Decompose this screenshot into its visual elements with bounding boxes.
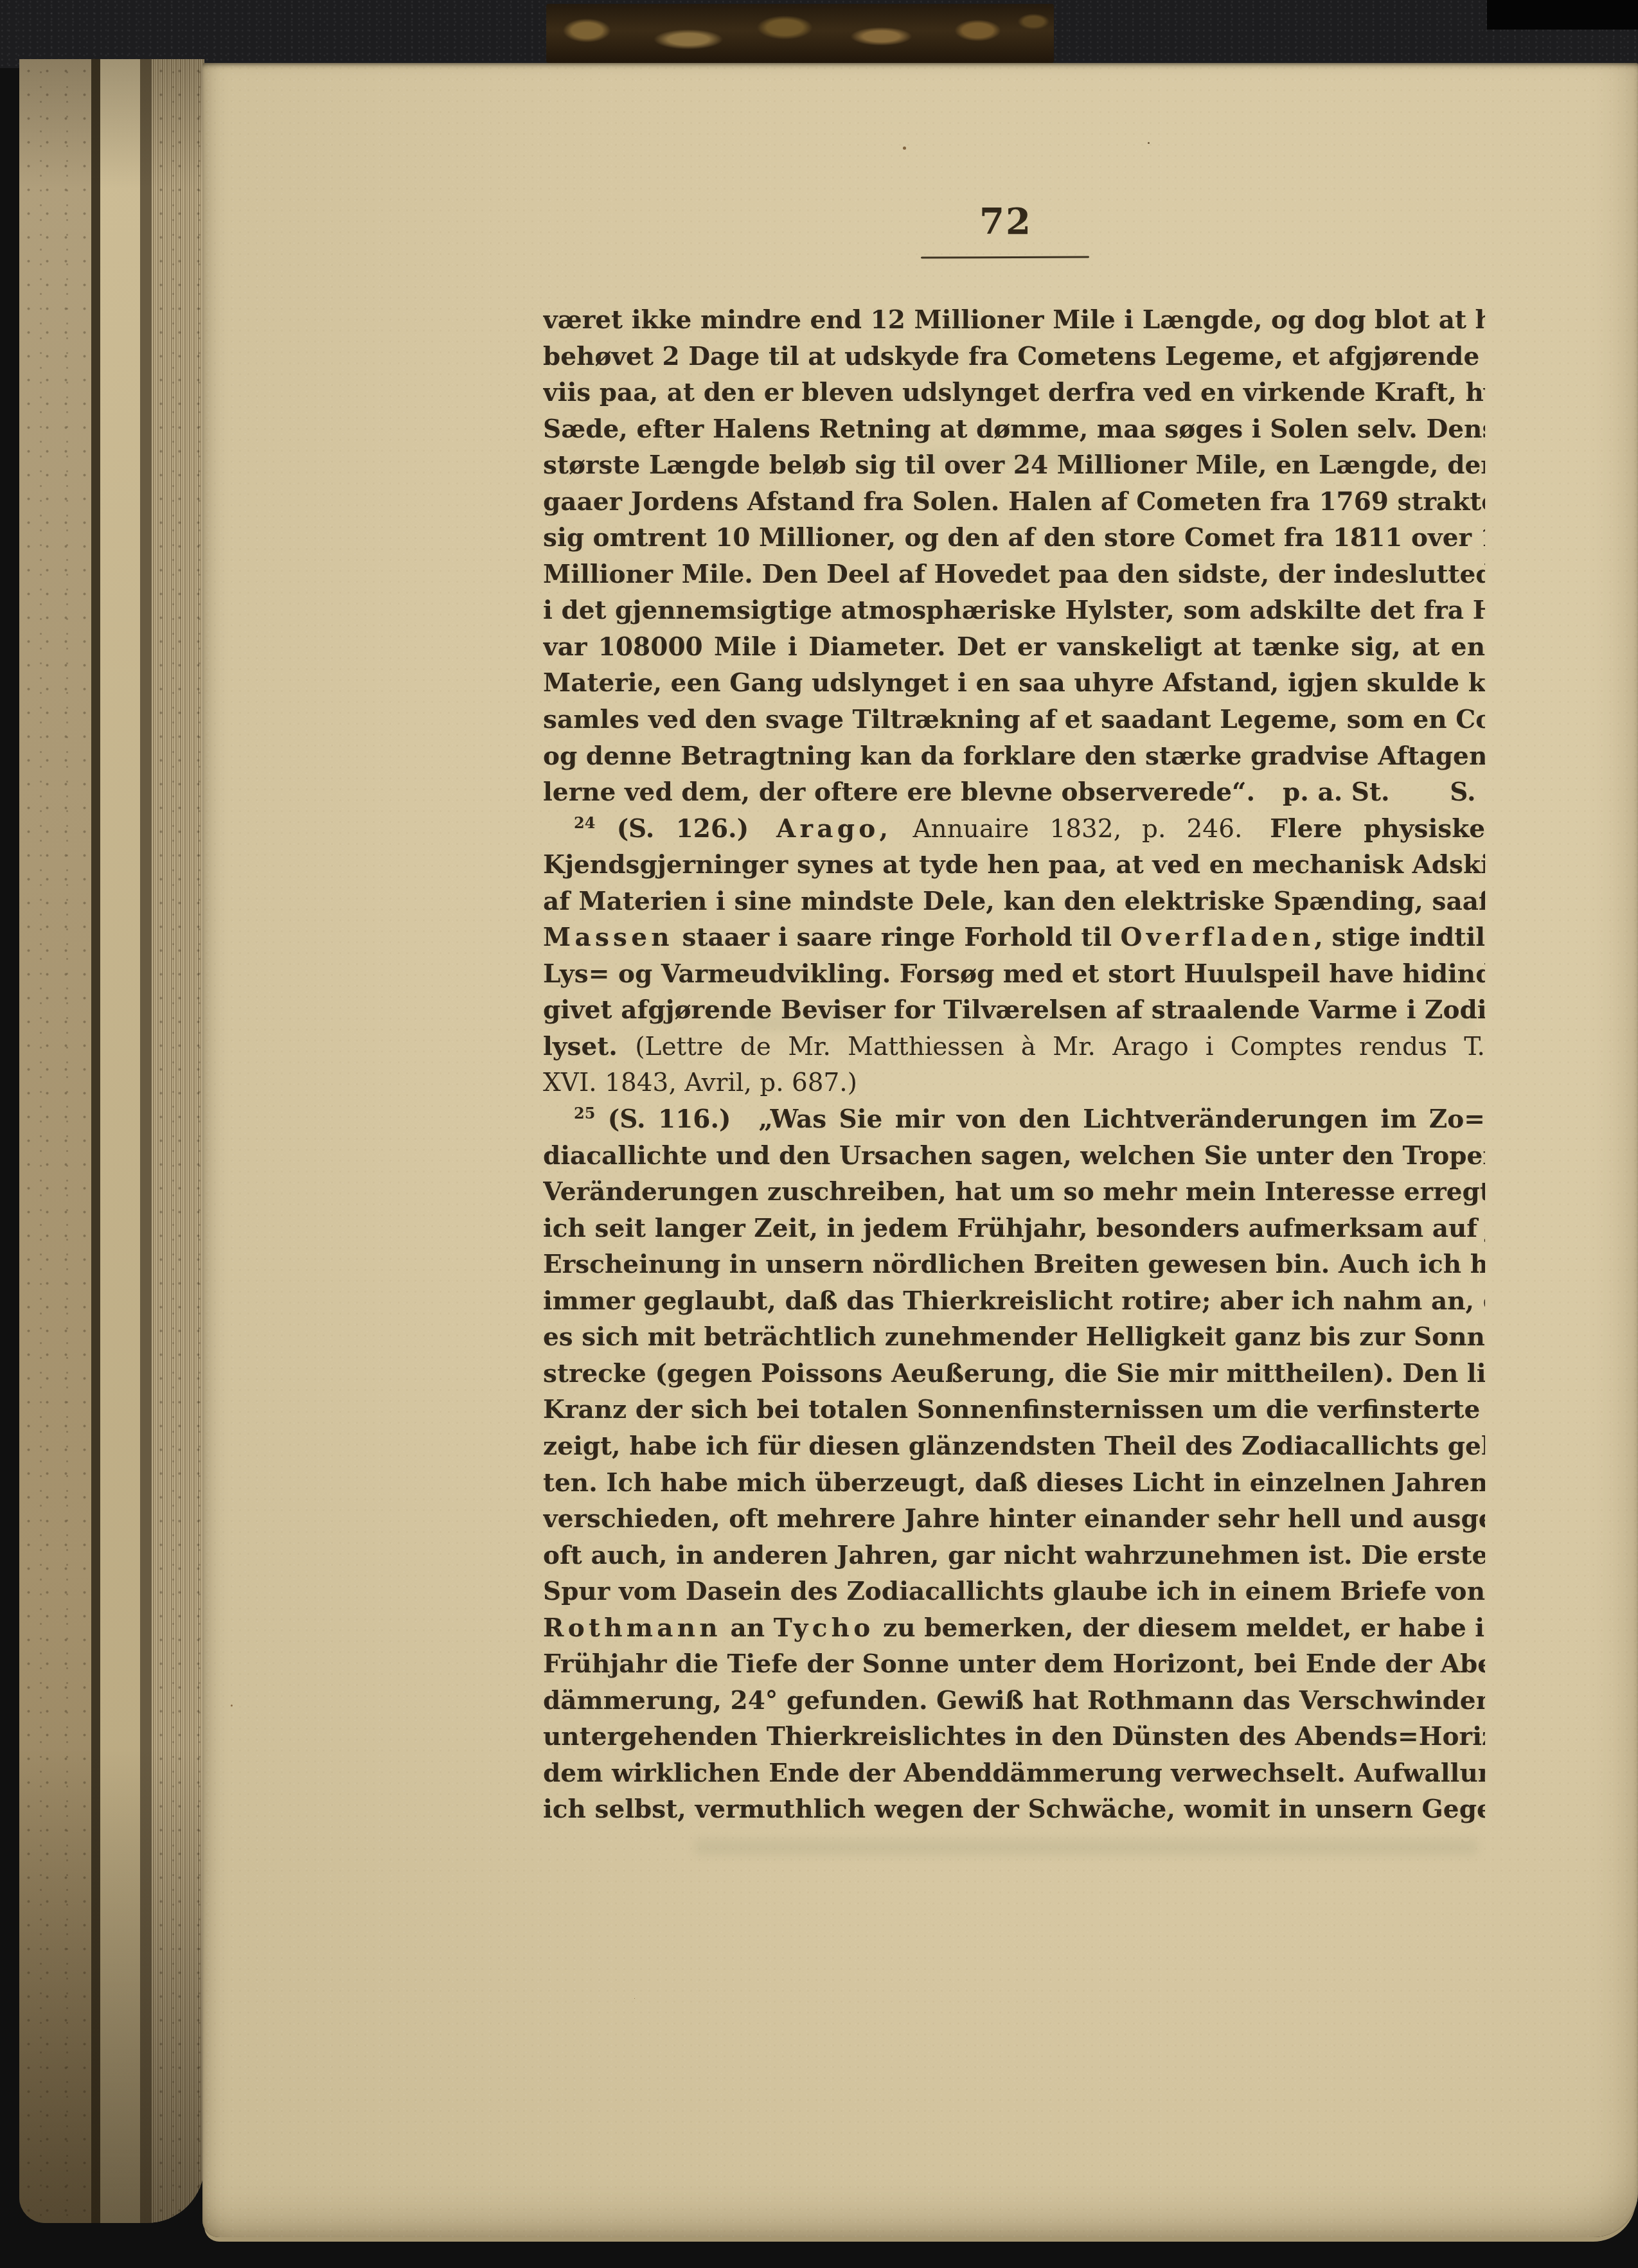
text-segment: Frühjahr die Tiefe der Sonne unter dem H…: [543, 1649, 1485, 1679]
text-segment: 24: [574, 813, 595, 832]
text-line: ich seit langer Zeit, in jedem Frühjahr,…: [543, 1210, 1485, 1247]
text-segment: Massen: [543, 923, 673, 952]
text-segment: Sæde, efter Halens Retning at dømme, maa…: [543, 414, 1485, 444]
page-number: 72: [909, 200, 1102, 243]
scanned-book-photo: { "page": { "number": "72", "lines": [ {…: [0, 0, 1638, 2268]
paper-fleck: [903, 146, 906, 150]
text-segment: Lys= og Varmeudvikling. Forsøg med et st…: [543, 959, 1485, 989]
text-segment: XVI. 1843, Avril, p. 687.): [543, 1068, 857, 1097]
text-segment: ich selbst, vermuthlich wegen der Schwäc…: [543, 1794, 1485, 1824]
text-segment: gaaer Jordens Afstand fra Solen. Halen a…: [543, 487, 1485, 517]
text-segment: dem wirklichen Ende der Abenddämmerung v…: [543, 1759, 1485, 1788]
text-segment: strecke (gegen Poissons Aeußerung, die S…: [543, 1359, 1485, 1388]
text-line: oft auch, in anderen Jahren, gar nicht w…: [543, 1537, 1485, 1574]
text-line: største Længde beløb sig til over 24 Mil…: [543, 447, 1485, 484]
text-line: Kjendsgjerninger synes at tyde hen paa, …: [543, 847, 1485, 883]
text-line: gaaer Jordens Afstand fra Solen. Halen a…: [543, 484, 1485, 520]
book-cover-top-edge: [0, 0, 1638, 68]
text-segment: Erscheinung in unsern nördlichen Breiten…: [543, 1250, 1485, 1279]
text-segment: immer geglaubt, daß das Thierkreislicht …: [543, 1286, 1485, 1316]
text-segment: ten. Ich habe mich überzeugt, daß dieses…: [543, 1468, 1485, 1498]
text-segment: største Længde beløb sig til over 24 Mil…: [543, 450, 1485, 480]
text-segment: var 108000 Mile i Diameter. Det er vansk…: [543, 632, 1485, 662]
text-segment: Annuaire 1832, p. 246.: [892, 815, 1242, 844]
text-line: 24 (S. 126.)Arago, Annuaire 1832, p. 246…: [543, 811, 1485, 847]
text-segment: zu bemerken, der diesem meldet, er habe …: [874, 1613, 1485, 1643]
text-line: verschieden, oft mehrere Jahre hinter ei…: [543, 1501, 1485, 1537]
text-line: Spur vom Dasein des Zodiacallichts glaub…: [543, 1573, 1485, 1610]
text-segment: 25: [574, 1104, 595, 1122]
page-edge-seam: [91, 59, 100, 2223]
text-segment: og denne Betragtning kan da forklare den…: [543, 741, 1485, 771]
text-line: Erscheinung in unsern nördlichen Breiten…: [543, 1246, 1485, 1283]
text-line: Veränderungen zuschreiben, hat um so meh…: [543, 1174, 1485, 1210]
text-segment: ich seit langer Zeit, in jedem Frühjahr,…: [543, 1214, 1485, 1243]
text-line: var 108000 Mile i Diameter. Det er vansk…: [543, 629, 1485, 666]
text-segment: Tycho: [774, 1613, 875, 1643]
text-segment: „Was Sie mir von den Lichtveränderungen …: [758, 1104, 1485, 1134]
text-line: immer geglaubt, daß das Thierkreislicht …: [543, 1283, 1485, 1320]
text-segment: , stige indtil: [1314, 923, 1485, 952]
text-segment: Arago,: [776, 814, 892, 844]
page-edge-band: [152, 59, 204, 2223]
text-segment: Millioner Mile. Den Deel af Hovedet paa …: [543, 560, 1485, 589]
text-line: i det gjennemsigtige atmosphæriske Hylst…: [543, 592, 1485, 629]
text-segment: zeigt, habe ich für diesen glänzendsten …: [543, 1431, 1485, 1461]
page-edge-band: [19, 59, 91, 2223]
text-line: Materie, een Gang udslynget i en saa uhy…: [543, 665, 1485, 702]
text-line: og denne Betragtning kan da forklare den…: [543, 738, 1485, 775]
text-line: ten. Ich habe mich überzeugt, daß dieses…: [543, 1465, 1485, 1502]
text-segment: behøvet 2 Dage til at udskyde fra Comete…: [543, 342, 1485, 371]
text-line: Kranz der sich bei totalen Sonnenfinster…: [543, 1392, 1485, 1428]
text-line: været ikke mindre end 12 Millioner Mile …: [543, 302, 1485, 339]
text-segment: Materie, een Gang udslynget i en saa uhy…: [543, 668, 1485, 698]
text-segment: (S. 116.): [595, 1104, 731, 1134]
text-block: været ikke mindre end 12 Millioner Mile …: [543, 302, 1485, 1828]
text-segment: Kranz der sich bei totalen Sonnenfinster…: [543, 1395, 1485, 1424]
text-line: viis paa, at den er bleven udslynget der…: [543, 375, 1485, 411]
text-line: ich selbst, vermuthlich wegen der Schwäc…: [543, 1791, 1485, 1828]
text-line: lyset. (Lettre de Mr. Matthiessen à Mr. …: [543, 1029, 1485, 1065]
text-line: samles ved den svage Tiltrækning af et s…: [543, 702, 1485, 738]
page-edge-seam: [140, 59, 152, 2223]
text-segment: lerne ved dem, der oftere ere blevne obs…: [543, 777, 1255, 807]
text-line: Frühjahr die Tiefe der Sonne unter dem H…: [543, 1646, 1485, 1683]
text-segment: (S. 126.): [595, 814, 749, 844]
text-segment: givet afgjørende Beviser for Tilværelsen…: [543, 995, 1485, 1025]
text-segment: verschieden, oft mehrere Jahre hinter ei…: [543, 1504, 1485, 1534]
text-line: dem wirklichen Ende der Abenddämmerung v…: [543, 1755, 1485, 1792]
book-page-edges-stack: [19, 59, 204, 2223]
text-segment: sig omtrent 10 Millioner, og den af den …: [543, 523, 1485, 553]
text-line: Lys= og Varmeudvikling. Forsøg med et st…: [543, 956, 1485, 993]
text-segment: Flere physiske: [1270, 814, 1485, 844]
text-segment: lyset.: [543, 1032, 635, 1061]
text-segment: diacallichte und den Ursachen sagen, wel…: [543, 1141, 1485, 1171]
text-line: strecke (gegen Poissons Aeußerung, die S…: [543, 1356, 1485, 1392]
show-through-line: [694, 1839, 1478, 1856]
text-segment: es sich mit beträchtlich zunehmender Hel…: [543, 1322, 1485, 1352]
text-segment: (Lettre de Mr. Matthiessen à Mr. Arago i…: [635, 1032, 1485, 1061]
text-segment: Spur vom Dasein des Zodiacallichts glaub…: [543, 1577, 1485, 1606]
text-segment: p. a. St.: [1283, 777, 1390, 807]
text-segment: S.: [1450, 777, 1475, 807]
text-line: af Materien i sine mindste Dele, kan den…: [543, 883, 1485, 920]
text-line: Massen staaer i saare ringe Forhold til …: [543, 919, 1485, 956]
dark-corner-top-right: [1487, 0, 1638, 30]
text-line: es sich mit beträchtlich zunehmender Hel…: [543, 1319, 1485, 1356]
text-segment: untergehenden Thierkreislichtes in den D…: [543, 1722, 1485, 1751]
text-line: Rothmann an Tycho zu bemerken, der diese…: [543, 1610, 1485, 1647]
text-line: lerne ved dem, der oftere ere blevne obs…: [543, 774, 1485, 811]
marbled-leather-strip: [546, 4, 1054, 63]
text-segment: af Materien i sine mindste Dele, kan den…: [543, 887, 1485, 916]
text-segment: viis paa, at den er bleven udslynget der…: [543, 378, 1485, 407]
text-line: givet afgjørende Beviser for Tilværelsen…: [543, 992, 1485, 1029]
text-segment: an: [722, 1613, 774, 1643]
text-line: sig omtrent 10 Millioner, og den af den …: [543, 520, 1485, 556]
text-segment: Kjendsgjerninger synes at tyde hen paa, …: [543, 850, 1485, 880]
text-line: 25 (S. 116.)„Was Sie mir von den Lichtve…: [543, 1101, 1485, 1138]
text-line: Sæde, efter Halens Retning at dømme, maa…: [543, 411, 1485, 448]
text-segment: staaer i saare ringe Forhold til: [673, 923, 1121, 952]
text-segment: været ikke mindre end 12 Millioner Mile …: [543, 305, 1485, 335]
text-segment: Overfladen: [1121, 923, 1315, 952]
text-line: behøvet 2 Dage til at udskyde fra Comete…: [543, 339, 1485, 375]
text-segment: dämmerung, 24° gefunden. Gewiß hat Rothm…: [543, 1686, 1485, 1715]
text-line: zeigt, habe ich für diesen glänzendsten …: [543, 1428, 1485, 1465]
text-line: dämmerung, 24° gefunden. Gewiß hat Rothm…: [543, 1683, 1485, 1719]
text-line: untergehenden Thierkreislichtes in den D…: [543, 1719, 1485, 1755]
text-segment: Rothmann: [543, 1613, 722, 1643]
text-segment: Veränderungen zuschreiben, hat um so meh…: [543, 1177, 1485, 1207]
text-segment: i det gjennemsigtige atmosphæriske Hylst…: [543, 596, 1485, 625]
text-line: diacallichte und den Ursachen sagen, wel…: [543, 1138, 1485, 1174]
page-edge-band: [100, 59, 140, 2223]
text-segment: oft auch, in anderen Jahren, gar nicht w…: [543, 1541, 1485, 1570]
text-segment: samles ved den svage Tiltrækning af et s…: [543, 705, 1485, 734]
text-line: XVI. 1843, Avril, p. 687.): [543, 1065, 1485, 1101]
text-line: Millioner Mile. Den Deel af Hovedet paa …: [543, 556, 1485, 593]
